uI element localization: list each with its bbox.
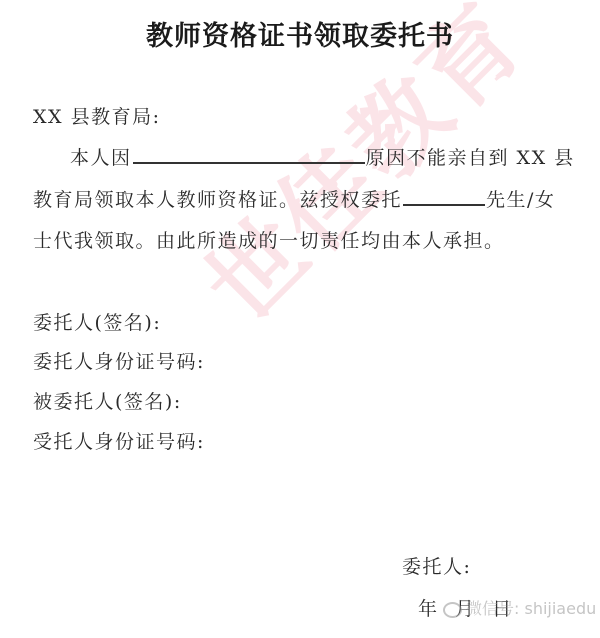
salutation: XX 县教育局: <box>33 105 161 129</box>
body-line-3: 士代我领取。由此所造成的一切责任均由本人承担。 <box>33 229 505 253</box>
trustee-blank <box>403 188 485 206</box>
body-line-2: 教育局领取本人教师资格证。兹授权委托先生/女 <box>33 188 555 212</box>
reason-blank <box>133 146 365 164</box>
signature-label: 委托人: <box>402 555 471 579</box>
body-line-1-suffix: 原因不能亲自到 XX 县 <box>366 147 575 169</box>
signature-date: 年 月 日 <box>418 597 517 621</box>
body-line-2-suffix: 先生/女 <box>486 189 555 211</box>
document-title: 教师资格证书领取委托书 <box>0 14 600 53</box>
body-line-1: 本人因原因不能亲自到 XX 县 <box>70 146 575 170</box>
field-principal-id: 委托人身份证号码: <box>33 350 205 374</box>
field-trustee-signature: 被委托人(签名): <box>33 390 182 414</box>
field-trustee-id: 受托人身份证号码: <box>33 430 205 454</box>
body-line-2-prefix: 教育局领取本人教师资格证。兹授权委托 <box>33 189 402 211</box>
body-line-1-prefix: 本人因 <box>70 147 132 169</box>
field-principal-signature: 委托人(签名): <box>33 311 161 335</box>
